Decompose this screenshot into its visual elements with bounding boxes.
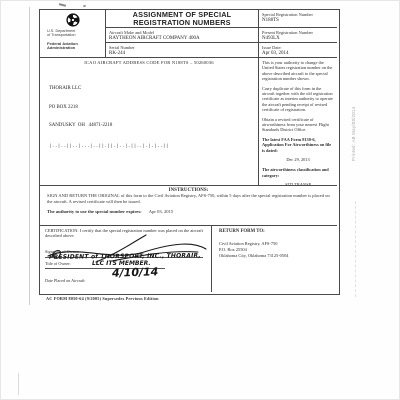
addressee-block: THORAIR LLC PO BOX 2218 SANDUSKY OH 4487…	[49, 74, 258, 142]
postal-barcode: |..|..||..|...|..||.||.|..|.||..|.|.|..|…	[49, 143, 258, 148]
dept-of-transportation-label: U.S. Department of Transportation	[47, 29, 105, 38]
serial-number-value: RK-244	[109, 51, 255, 57]
faa-label: Federal Aviation Administration	[47, 42, 105, 51]
instructions-body: SIGN AND RETURN THE ORIGINAL of this for…	[47, 193, 330, 204]
pen-mark	[83, 5, 86, 8]
certification-section: CERTIFICATION: I certify that the specia…	[40, 225, 212, 292]
scanned-form-page: Printed: AB May/08/2014 U.S. Department …	[0, 0, 400, 400]
authority-paragraph: Carry duplicate of this form in the airc…	[262, 86, 334, 112]
airworthiness-class-label: The airworthiness classification and cat…	[262, 167, 334, 178]
expiration-label: The authority to use the special number …	[47, 209, 142, 214]
return-address: Civil Aviation Registry, AFS-750 P.O. Bo…	[219, 241, 330, 258]
page-edge-shadow	[29, 7, 30, 305]
return-form-to-section: RETURN FORM TO: Civil Aviation Registry,…	[212, 225, 337, 292]
form-number-footer: AC FORM 8050-64 (9/2005) Supersedes Prev…	[46, 296, 159, 301]
serial-number-field: Serial Number RK-244	[106, 43, 259, 58]
fold-mark	[355, 201, 356, 297]
present-registration-field: Present Registration Number N493LX	[259, 28, 337, 43]
special-registration-value: N188TS	[262, 18, 334, 24]
scan-side-note: Printed: AB May/08/2014	[351, 11, 356, 161]
faa-form-8050-64: U.S. Department of Transportation Federa…	[39, 9, 340, 295]
issue-date-field: Issue Date: Apr 03, 2014	[259, 43, 337, 58]
title-of-owner-label: Title of Owner:	[45, 261, 71, 266]
airworthiness-dated-label: The latest FAA Form 8130-6, Application …	[262, 137, 334, 153]
issue-date-value: Apr 03, 2014	[262, 51, 334, 57]
present-registration-label: Present Registration Number	[262, 30, 334, 35]
agency-block: U.S. Department of Transportation Federa…	[40, 10, 106, 58]
serial-number-label: Serial Number	[109, 45, 255, 50]
handwritten-date: 4/10/14	[112, 265, 159, 280]
make-model-label: Aircraft Make and Model	[109, 30, 255, 35]
return-form-to-heading: RETURN FORM TO:	[219, 229, 330, 234]
airworthiness-dated-value: Dec 29, 2013	[262, 157, 334, 162]
pen-mark	[59, 3, 66, 6]
issue-date-label: Issue Date:	[262, 45, 334, 50]
make-model-value: RAYTHEON AIRCRAFT COMPANY 400A	[109, 36, 255, 42]
addressee-line1: PO BOX 2218	[49, 105, 258, 111]
icao-address-section: ICAO AIRCRAFT ADDRESS CODE FOR N188TS – …	[40, 58, 259, 185]
authority-paragraph: This is your authority to change the Uni…	[262, 60, 334, 81]
date-placed-label: Date Placed on Aircraft:	[45, 278, 86, 283]
authority-text-section: This is your authority to change the Uni…	[259, 58, 337, 185]
instructions-section: INSTRUCTIONS: SIGN AND RETURN THE ORIGIN…	[40, 185, 337, 225]
page-edge-shadow-bottom	[18, 373, 19, 395]
addressee-name: THORAIR LLC	[49, 86, 258, 92]
return-address-line3: Oklahoma City, Oklahoma 73125-0504	[219, 253, 330, 259]
special-registration-label: Special Registration Number	[262, 12, 334, 17]
icao-address-code-line: ICAO AIRCRAFT ADDRESS CODE FOR N188TS – …	[40, 60, 258, 65]
instructions-heading: INSTRUCTIONS:	[47, 188, 330, 193]
addressee-line2: SANDUSKY OH 44871-2218	[49, 123, 258, 129]
form-title: ASSIGNMENT OF SPECIAL REGISTRATION NUMBE…	[106, 10, 259, 28]
present-registration-value: N493LX	[262, 36, 334, 42]
make-model-field: Aircraft Make and Model RAYTHEON AIRCRAF…	[106, 28, 259, 43]
authority-paragraph: Obtain a revised certificate of airworth…	[262, 117, 334, 133]
expiration-line: The authority to use the special number …	[47, 209, 330, 214]
expiration-date: Apr 03, 2015	[149, 209, 173, 214]
dot-logo-icon	[66, 13, 80, 27]
special-registration-field: Special Registration Number N188TS	[259, 10, 337, 28]
